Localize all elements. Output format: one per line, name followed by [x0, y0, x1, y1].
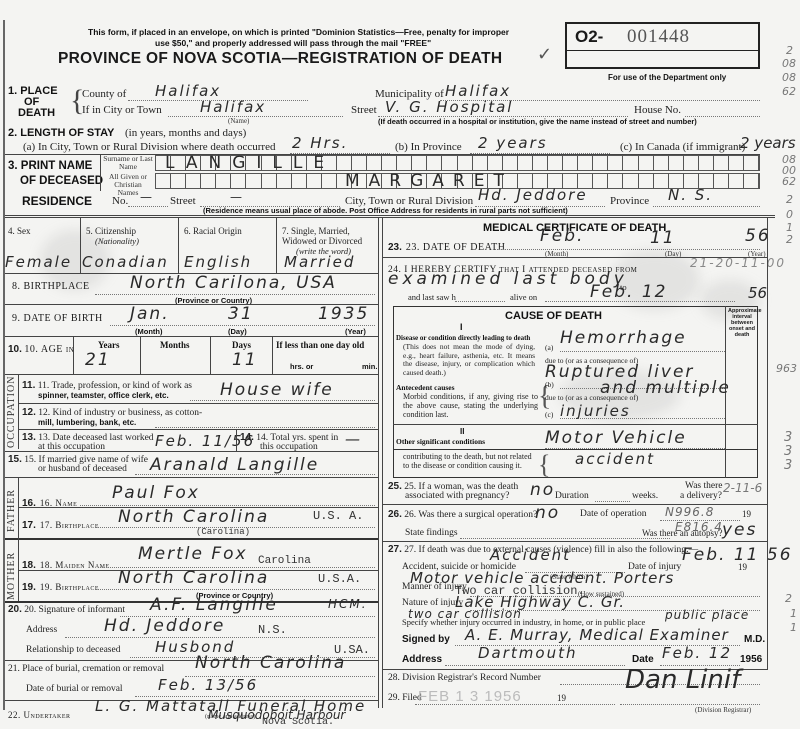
mail-notice-line1: This form, if placed in an envelope, on …: [88, 27, 509, 37]
citizenship-value[interactable]: Conadian: [82, 253, 169, 271]
divider: [5, 477, 378, 478]
column-divider: [378, 218, 379, 708]
trade-label-1: 11. 11. Trade, profession, or kind of wo…: [22, 380, 192, 391]
divider: [18, 374, 19, 449]
racial-origin-value[interactable]: English: [184, 253, 252, 271]
mother-birthplace-value[interactable]: North Carolina: [118, 568, 269, 588]
industry-label-2: mill, lumbering, bank, etc.: [38, 418, 136, 427]
surname-value[interactable]: LANGILLE: [165, 153, 335, 173]
divider: [276, 218, 277, 273]
cause-a-label: (a): [545, 343, 553, 352]
accident-value[interactable]: Accident: [490, 546, 571, 564]
md-label: M.D.: [744, 634, 765, 645]
dotted-line: [653, 206, 760, 207]
other-conditions-value-1[interactable]: Motor Vehicle: [545, 428, 687, 448]
informant-address-typed: N.S.: [258, 623, 287, 637]
sex-label: 4. Sex: [8, 226, 31, 236]
residence-city-value[interactable]: Hd. Jeddore: [478, 186, 588, 204]
burial-date-label: Date of burial or removal: [26, 684, 123, 694]
registrar-signature[interactable]: Dan Linif: [625, 665, 740, 695]
dotted-line: [445, 665, 625, 666]
length-of-stay-sub: (in years, months and days): [125, 127, 246, 139]
surname-label: Surname or Last Name: [103, 155, 153, 171]
residence-street-label: Street: [170, 195, 196, 207]
sex-value[interactable]: Female: [5, 253, 72, 271]
stay-city-value[interactable]: 2 Hrs.: [292, 134, 348, 152]
burial-place-label: 21. Place of burial, cremation or remova…: [8, 664, 164, 674]
burial-place-value[interactable]: North Carolina: [195, 653, 346, 673]
father-name-label: 16. 16. Name: [22, 493, 77, 511]
mother-birthplace-label: 19. 19. Birthplace: [22, 577, 99, 595]
dob-label: 9. DATE OF BIRTH: [12, 313, 103, 324]
certify-note: 21-20-11-00: [690, 256, 786, 270]
delivery-label-1: Was there: [685, 481, 722, 491]
filed-date-stamp: FEB 1 3 1956: [418, 688, 522, 705]
relationship-label: Relationship to deceased: [26, 645, 120, 655]
signed-date-label: Date: [632, 654, 654, 665]
dotted-line: [95, 294, 375, 295]
dotted-line: [455, 301, 505, 302]
informant-address-value[interactable]: Hd. Jeddore: [104, 616, 225, 636]
spouse-label-2: or husband of deceased: [38, 464, 127, 474]
stay-city-label: (a) In City, Town or Rural Division wher…: [23, 141, 275, 153]
hospital-note: (If death occurred in a hospital or inst…: [378, 117, 697, 126]
divider: [393, 424, 758, 425]
injury-year-label: 19: [738, 562, 747, 572]
birthplace-value[interactable]: North Carilona, USA: [130, 273, 337, 293]
dob-month[interactable]: Jan.: [130, 304, 170, 324]
signer-address-label: Address: [402, 654, 442, 665]
margin-note: 2: [785, 592, 792, 605]
father-birthplace-typed: U.S. A.: [313, 509, 363, 523]
date-of-death-day[interactable]: 11: [650, 228, 676, 248]
street-label: Street: [351, 104, 377, 116]
divider: [100, 155, 101, 191]
delivery-label-2: a delivery?: [680, 491, 722, 501]
dotted-line: [110, 325, 375, 326]
street-value[interactable]: V. G. Hospital: [385, 98, 513, 116]
dotted-line: [560, 351, 725, 352]
cause-box-bottom: [393, 448, 758, 478]
divider: [18, 477, 19, 539]
age-days-value[interactable]: 11: [232, 350, 258, 370]
print-name-label: 3. PRINT NAME OF DECEASED: [8, 159, 103, 189]
filed-year-label: 19: [557, 693, 566, 703]
duration-label: Duration: [555, 491, 589, 501]
last-saw-label: and last saw h: [408, 292, 456, 302]
cause-b-label: (b): [545, 380, 554, 389]
divider: [272, 336, 273, 374]
part-1-label: I: [460, 322, 463, 332]
last-saw-value[interactable]: Feb. 12: [590, 282, 667, 302]
divider: [5, 538, 378, 540]
divider: [5, 451, 378, 452]
less-than-day-label: If less than one day old: [276, 340, 364, 350]
residence-street-value[interactable]: —: [230, 190, 244, 204]
left-border: [3, 20, 5, 710]
city-label: If in City or Town: [82, 104, 162, 116]
margin-note: 08: [782, 57, 796, 70]
month-caption: (Month): [135, 327, 162, 336]
operation-date-value[interactable]: N996.8: [665, 505, 714, 519]
cause-b-due-label: due to (or as a consequence of): [545, 393, 638, 402]
right-border: [767, 218, 768, 670]
informant-signature-value[interactable]: A.F. Langille: [150, 595, 278, 615]
margin-note: 2: [786, 233, 793, 246]
informant-signature-note: HCM.: [328, 597, 368, 611]
occupation-section-label: OCCUPATION: [6, 378, 17, 448]
day-caption: (Day): [228, 327, 247, 336]
burial-date-value[interactable]: Feb. 13/56: [158, 676, 258, 694]
informant-address-label: Address: [26, 625, 57, 635]
interval-header: Approximate interval between onset and d…: [728, 308, 756, 338]
divider: [140, 336, 141, 374]
cause-c-label: (c): [545, 410, 553, 419]
dob-year[interactable]: 1935: [318, 304, 369, 324]
divider: [210, 336, 211, 374]
undertaker-label: 22. Undertaker: [8, 705, 71, 723]
alive-on-label: alive on: [510, 292, 537, 302]
stay-province-label: (b) In Province: [395, 141, 462, 153]
father-birthplace-caption: (Carolina): [196, 527, 250, 537]
box-divider: [567, 50, 758, 51]
dotted-line: [168, 116, 343, 117]
date-of-death-month[interactable]: Feb.: [540, 226, 584, 246]
residence-province-value[interactable]: N. S.: [668, 186, 713, 204]
direct-cause-desc: (This does not mean the mode of dying, e…: [403, 343, 535, 377]
stay-canada-value[interactable]: 2 years: [740, 134, 796, 152]
racial-origin-label: 6. Racial Origin: [184, 226, 242, 236]
filed-label: 29. Filed: [388, 693, 422, 703]
cause-a-value[interactable]: Hemorrhage: [560, 328, 687, 348]
house-no-label: House No.: [634, 104, 681, 116]
residence-note: (Residence means usual place of abode. P…: [203, 206, 568, 215]
autopsy-label: Was there an autopsy?: [642, 528, 723, 538]
dotted-line: [190, 400, 375, 401]
hrs-label: hrs. or: [290, 362, 313, 371]
findings-label: State findings: [405, 528, 458, 538]
years-label: Years: [98, 340, 120, 350]
father-section-label: FATHER: [6, 482, 17, 532]
divider: [18, 403, 378, 404]
margin-note: 1: [790, 607, 797, 620]
margin-note: 08: [782, 71, 796, 84]
margin-note: 62: [782, 85, 796, 98]
section-divider: [5, 215, 775, 218]
undertaker-address-typed: Nova Scotia.: [262, 717, 334, 728]
min-label: min.: [362, 362, 377, 371]
dotted-line: [415, 704, 615, 705]
margin-note: 2: [786, 44, 793, 57]
dotted-line: [95, 589, 375, 590]
margin-note: 963: [776, 362, 797, 375]
signed-by-value[interactable]: A. E. Murray, Medical Examiner: [465, 626, 729, 644]
margin-note: 3: [784, 458, 792, 473]
direct-cause-label: Disease or condition directly leading to…: [396, 334, 530, 342]
age-years-value[interactable]: 21: [85, 350, 111, 370]
antecedent-desc: Morbid conditions, if any, giving rise t…: [403, 392, 538, 419]
surgery-value[interactable]: no: [535, 503, 560, 523]
divider: [73, 336, 74, 374]
days-label: Days: [232, 340, 251, 350]
margin-note: 0: [786, 208, 793, 221]
marital-label-1: 7. Single, Married,: [282, 226, 350, 236]
citizenship-label: 5. Citizenship: [86, 226, 136, 236]
cause-of-death-title: CAUSE OF DEATH: [505, 310, 602, 322]
stay-province-value[interactable]: 2 years: [478, 134, 548, 152]
form-title: PROVINCE OF NOVA SCOTIA—REGISTRATION OF …: [58, 50, 502, 68]
mother-birthplace-typed-above: Carolina: [258, 555, 311, 567]
months-label: Months: [160, 340, 190, 350]
signed-date-year: 1956: [740, 654, 762, 665]
operation-date-label: Date of operation: [580, 509, 646, 519]
mother-birthplace-typed: U.S.A.: [318, 572, 361, 586]
name-caption: (Name): [228, 117, 249, 125]
record-number-label: 28. Division Registrar's Record Number: [388, 673, 541, 683]
citizenship-sub: (Nationality): [95, 236, 139, 246]
registration-number-box: O2- 001448: [565, 22, 760, 69]
father-birthplace-label: 17. 17. Birthplace: [22, 515, 99, 533]
residence-province-label: Province: [610, 195, 649, 207]
margin-note: 3: [784, 444, 792, 459]
death-registration-form: This form, if placed in an envelope, on …: [0, 0, 800, 729]
surgery-label: 26. 26. Was there a surgical operation?: [388, 509, 537, 520]
signed-date-value[interactable]: Feb. 12: [662, 644, 732, 662]
signer-address-value[interactable]: Dartmouth: [478, 644, 577, 662]
margin-note: 1: [790, 621, 797, 634]
weeks-label: weeks.: [632, 491, 658, 501]
trade-label-2: spinner, teamster, office clerk, etc.: [38, 391, 169, 400]
divider: [382, 541, 767, 542]
delivery-value[interactable]: 2-11-6: [723, 481, 762, 495]
interval-column-divider: [725, 448, 726, 478]
stay-canada-label: (c) In Canada (if immigrant): [620, 141, 745, 153]
residence-label: RESIDENCE: [22, 194, 92, 208]
county-label: County of: [82, 88, 126, 100]
divider: [236, 429, 237, 451]
dotted-line: [155, 427, 375, 428]
registrar-caption: (Division Registrar): [695, 706, 751, 714]
dotted-line: [620, 704, 760, 705]
place-of-death-label: 1. PLACE OF DEATH: [8, 86, 58, 119]
residence-no-label: No.: [112, 195, 128, 207]
divider: [18, 429, 378, 430]
dotted-line: [80, 505, 375, 506]
date-of-death-label: 23. 23. DATE OF DEATH: [388, 237, 506, 255]
department-note: For use of the Department only: [608, 73, 726, 82]
operation-year-label: 19: [742, 509, 751, 519]
other-conditions-label: Other significant conditions: [396, 437, 485, 446]
dotted-line: [460, 538, 670, 539]
age-label: 10. 10. AGE in: [8, 344, 74, 355]
margin-note: 3: [784, 430, 792, 445]
spouse-value[interactable]: Aranald Langille: [150, 455, 319, 475]
mail-notice-line2: use $50," and properly addressed will pa…: [155, 38, 431, 48]
margin-note: 62: [782, 175, 796, 188]
divider: [80, 218, 81, 273]
signed-by-label: Signed by: [402, 634, 450, 645]
checkmark-icon: ✓: [537, 44, 552, 65]
last-saw-year[interactable]: 56: [748, 284, 767, 302]
registration-number: 001448: [627, 26, 690, 48]
trade-value[interactable]: House wife: [220, 380, 334, 400]
pregnancy-value[interactable]: no: [530, 480, 555, 500]
column-divider: [382, 218, 383, 708]
dob-day[interactable]: 31: [228, 304, 254, 324]
divider: [5, 336, 378, 337]
cause-c-value[interactable]: injuries: [560, 402, 631, 420]
marital-label-2: Widowed or Divorced: [282, 236, 362, 246]
divider: [178, 218, 179, 273]
industry-label-1: 12. 12. Kind of industry or business, as…: [22, 407, 202, 418]
dotted-line: [128, 206, 168, 207]
birthplace-label: 8. BIRTHPLACE: [12, 281, 90, 292]
margin-note: 2: [786, 193, 793, 206]
dotted-line: [495, 249, 760, 250]
divider: [5, 374, 378, 375]
pregnancy-label-2: associated with pregnancy?: [405, 491, 509, 501]
father-birthplace-value[interactable]: North Carolina: [118, 507, 269, 527]
informant-signature-label: 20. 20. Signature of informant: [8, 604, 125, 615]
length-of-stay-label: 2. LENGTH OF STAY: [8, 127, 114, 139]
registration-prefix: O2-: [575, 27, 603, 47]
marital-value[interactable]: Married: [284, 253, 355, 271]
part-2-label: II: [460, 427, 464, 436]
city-value[interactable]: Halifax: [200, 98, 266, 116]
total-years-value[interactable]: —: [345, 430, 362, 448]
mother-section-label: MOTHER: [6, 545, 17, 600]
antecedent-label: Antecedent causes: [396, 383, 455, 392]
father-name-value[interactable]: Paul Fox: [112, 483, 200, 503]
dotted-line: [595, 501, 630, 502]
specify-value-2[interactable]: public place: [665, 608, 749, 622]
year-caption: (Year): [345, 327, 366, 336]
autopsy-value[interactable]: yes: [722, 520, 757, 540]
residence-no-value[interactable]: —: [140, 190, 154, 204]
mother-maiden-value[interactable]: Mertle Fox: [138, 544, 248, 564]
